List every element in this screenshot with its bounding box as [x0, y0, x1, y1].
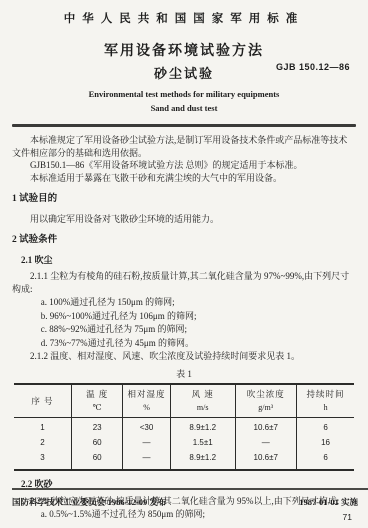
section-2-heading: 2 试验条件	[12, 234, 356, 247]
cell-index: 2	[14, 436, 72, 451]
section-1-heading: 1 试验目的	[12, 193, 356, 206]
table-row: 3 60 — 8.9±1.2 10.6±7 6	[14, 451, 355, 470]
col-header-dust-concentration-unit: g/m³	[236, 402, 296, 415]
section-1-body: 用以确定军用设备对飞散砂尘环境的适用能力。	[12, 213, 356, 226]
document-body: 本标准规定了军用设备砂尘试验方法,是制订军用设备技术条件或产品标准等技术文件相应…	[12, 134, 356, 521]
standard-class-heading: 中华人民共和国国家军用标准	[12, 10, 356, 26]
cell-humidity: —	[123, 436, 171, 451]
sieve-item-c: c. 88%~92%通过孔径为 75μm 的筛网;	[41, 323, 356, 336]
cell-temperature: 60	[72, 451, 123, 470]
col-header-humidity: 相对湿度 %	[123, 384, 171, 418]
intro-paragraph-2: GJB150.1—86《军用设备环境试验方法 总则》的规定适用于本标准。	[12, 159, 356, 172]
document-title-cn: 军用设备环境试验方法	[12, 40, 356, 60]
section-2-1-heading: 2.1 吹尘	[12, 254, 356, 267]
col-header-duration: 持续时间 h	[296, 384, 354, 418]
cell-index: 3	[14, 451, 72, 470]
col-header-humidity-unit: %	[123, 402, 170, 415]
cell-wind-speed: 1.5±1	[170, 436, 235, 451]
cell-dust-concentration: —	[235, 436, 296, 451]
col-header-index: 序 号	[14, 384, 72, 418]
col-header-temperature-unit: ℃	[72, 402, 122, 415]
col-header-humidity-label: 相对湿度	[123, 388, 170, 401]
document-page: 中华人民共和国国家军用标准 军用设备环境试验方法 砂尘试验 GJB 150.12…	[0, 0, 368, 528]
clause-2-1-1: 2.1.1 尘粒为有棱角的硅石粉,按质量计算,其二氧化硅含量为 97%~99%,…	[12, 270, 356, 295]
sieve-item-d: d. 73%~77%通过孔径为 45μm 的筛网。	[41, 337, 356, 350]
table-row: 2 60 — 1.5±1 — 16	[14, 436, 355, 451]
table-header-row: 序 号 温 度 ℃ 相对湿度 % 风 速 m/s	[14, 384, 355, 418]
document-subtitle-en: Sand and dust test	[12, 103, 356, 113]
cell-wind-speed: 8.9±1.2	[170, 451, 235, 470]
document-title-en: Environmental test methods for military …	[12, 89, 356, 99]
intro-paragraph-1: 本标准规定了军用设备砂尘试验方法,是制订军用设备技术条件或产品标准等技术文件相应…	[12, 134, 356, 159]
col-header-wind-speed-unit: m/s	[171, 402, 235, 415]
clause-2-1-2: 2.1.2 温度、相对湿度、风速、吹尘浓度及试验持续时间要求见表 1。	[12, 350, 356, 363]
col-header-wind-speed: 风 速 m/s	[170, 384, 235, 418]
col-header-temperature: 温 度 ℃	[72, 384, 123, 418]
cell-humidity: <30	[123, 418, 171, 437]
cell-temperature: 23	[72, 418, 123, 437]
table-1: 序 号 温 度 ℃ 相对湿度 % 风 速 m/s	[14, 383, 355, 471]
col-header-duration-unit: h	[297, 402, 354, 415]
cell-dust-concentration: 10.6±7	[235, 451, 296, 470]
cell-index: 1	[14, 418, 72, 437]
col-header-dust-concentration-label: 吹尘浓度	[236, 388, 296, 401]
cell-temperature: 60	[72, 436, 123, 451]
cell-duration: 6	[296, 418, 354, 437]
col-header-index-label: 序 号	[14, 395, 71, 408]
col-header-duration-label: 持续时间	[297, 388, 354, 401]
standard-number: GJB 150.12—86	[276, 62, 350, 72]
issuing-authority-and-date: 国防科学技术工业委员会 1986-12-09 发布	[12, 496, 166, 508]
page-number: 71	[343, 512, 352, 522]
footer-divider	[12, 488, 368, 490]
cell-duration: 6	[296, 451, 354, 470]
col-header-wind-speed-label: 风 速	[171, 388, 235, 401]
table-1-caption: 表 1	[12, 368, 356, 381]
sand-sieve-item-a: a. 0.5%~1.5%通不过孔径为 850μm 的筛网;	[41, 508, 356, 521]
cell-humidity: —	[123, 451, 171, 470]
cell-dust-concentration: 10.6±7	[235, 418, 296, 437]
col-header-dust-concentration: 吹尘浓度 g/m³	[235, 384, 296, 418]
sieve-item-a: a. 100%通过孔径为 150μm 的筛网;	[41, 296, 356, 309]
title-block: 军用设备环境试验方法 砂尘试验 GJB 150.12—86 Environmen…	[12, 40, 356, 113]
cell-wind-speed: 8.9±1.2	[170, 418, 235, 437]
header-divider	[12, 124, 356, 127]
footer: 国防科学技术工业委员会 1986-12-09 发布 1987-01-01 实施	[12, 496, 358, 508]
sieve-item-b: b. 96%~100%通过孔径为 106μm 的筛网;	[41, 310, 356, 323]
implementation-date: 1987-01-01 实施	[299, 496, 358, 508]
col-header-temperature-label: 温 度	[72, 388, 122, 401]
table-row: 1 23 <30 8.9±1.2 10.6±7 6	[14, 418, 355, 437]
cell-duration: 16	[296, 436, 354, 451]
intro-paragraph-3: 本标准适用于暴露在飞散干砂和充满尘埃的大气中的军用设备。	[12, 172, 356, 185]
